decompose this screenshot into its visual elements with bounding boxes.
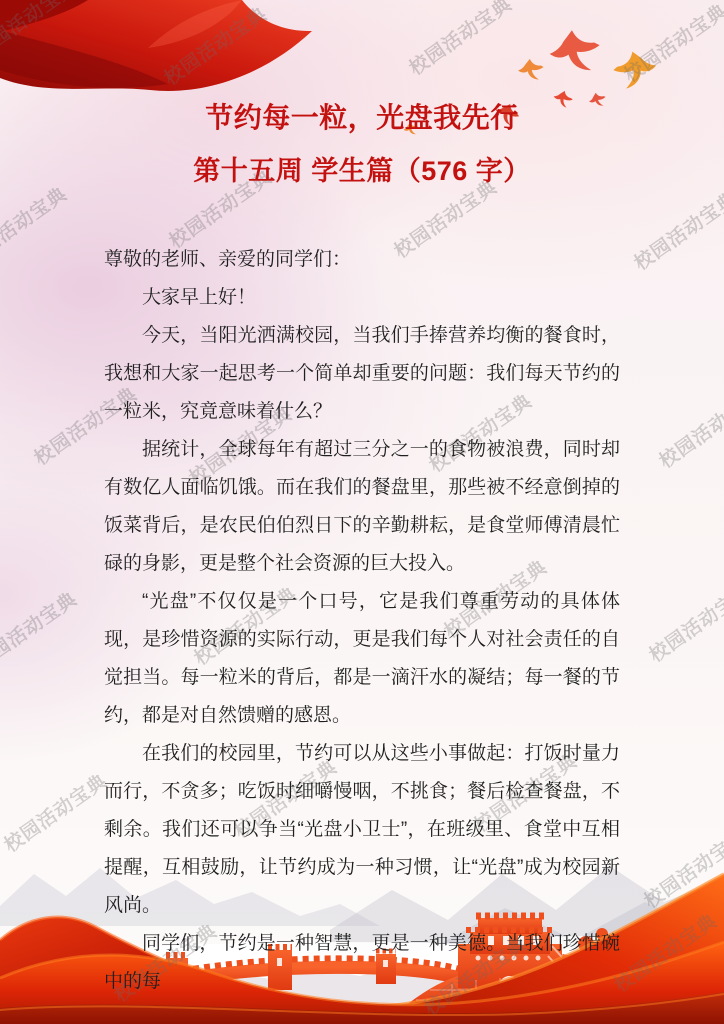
- dove-icon: [607, 47, 662, 94]
- essay-paragraph: 同学们，节约是一种智慧，更是一种美德。当我们珍惜碗中的每: [104, 925, 620, 1001]
- dove-icon: [545, 24, 605, 79]
- poster-page: 校园活动宝典 校园活动宝典 校园活动宝典 校园活动宝典 校园活动宝典 校园活动宝…: [0, 0, 724, 1024]
- essay-paragraph: 大家早上好！: [104, 279, 620, 317]
- essay-paragraph: 据统计，全球每年有超过三分之一的食物被浪费，同时却有数亿人面临饥饿。而在我们的餐…: [104, 431, 620, 583]
- essay-paragraph: 今天，当阳光洒满校园，当我们手捧营养均衡的餐食时，我想和大家一起思考一个简单却重…: [104, 317, 620, 431]
- watermark: 校园活动宝典: [403, 0, 517, 80]
- watermark: 校园活动宝典: [643, 577, 724, 668]
- essay-salutation: 尊敬的老师、亲爱的同学们：: [104, 241, 620, 279]
- watermark: 校园活动宝典: [653, 383, 724, 474]
- page-title: 节约每一粒，光盘我先行: [0, 98, 724, 138]
- watermark: 校园活动宝典: [0, 180, 72, 271]
- essay-paragraph: “光盘”不仅仅是一个口号，它是我们尊重劳动的具体体现，是珍惜资源的实际行动，更是…: [104, 583, 620, 735]
- watermark: 校园活动宝典: [0, 585, 82, 676]
- dove-icon: [515, 56, 547, 83]
- essay-body: 尊敬的老师、亲爱的同学们： 大家早上好！ 今天，当阳光洒满校园，当我们手捧营养均…: [104, 241, 620, 1001]
- page-subtitle: 第十五周 学生篇（576 字）: [0, 151, 724, 191]
- essay-paragraph: 在我们的校园里，节约可以从这些小事做起：打饭时量力而行，不贪多；吃饭时细嚼慢咽，…: [104, 735, 620, 925]
- watermark: 校园活动宝典: [628, 185, 724, 276]
